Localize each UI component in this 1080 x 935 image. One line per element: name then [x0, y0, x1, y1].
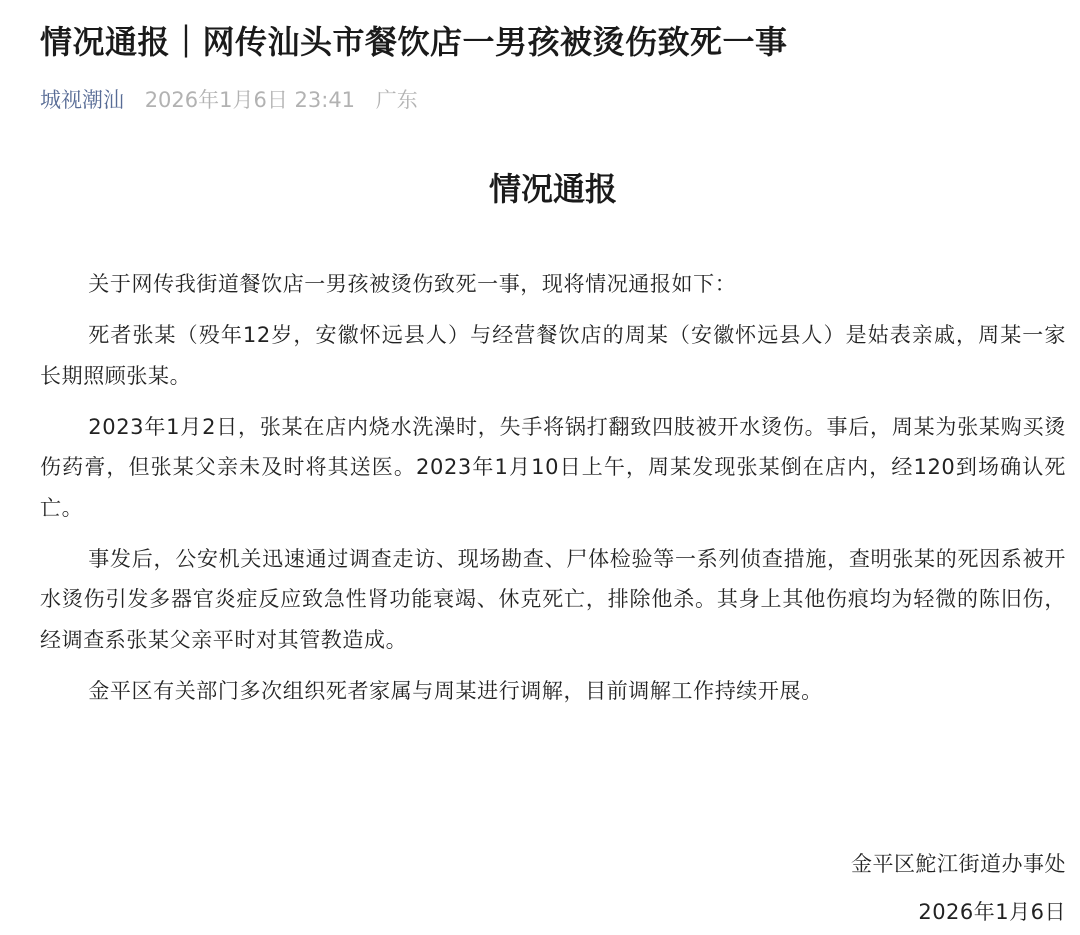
notice-body: 关于网传我街道餐饮店一男孩被烫伤致死一事，现将情况通报如下： 死者张某（殁年12…: [40, 264, 1066, 722]
signature-block: 金平区鮀江街道办事处 2026年1月6日: [851, 840, 1066, 935]
paragraph-intro: 关于网传我街道餐饮店一男孩被烫伤致死一事，现将情况通报如下：: [40, 264, 1066, 305]
paragraph-mediation: 金平区有关部门多次组织死者家属与周某进行调解，目前调解工作持续开展。: [40, 671, 1066, 712]
publish-time: 2026年1月6日 23:41: [145, 88, 355, 112]
paragraph-investigation: 事发后，公安机关迅速通过调查走访、现场勘查、尸体检验等一系列侦查措施，查明张某的…: [40, 539, 1066, 661]
article-meta: 城视潮汕 2026年1月6日 23:41 广东: [40, 84, 418, 116]
notice-heading: 情况通报: [0, 163, 1080, 215]
paragraph-relationship: 死者张某（殁年12岁，安徽怀远县人）与经营餐饮店的周某（安徽怀远县人）是姑表亲戚…: [40, 315, 1066, 396]
source-account-link[interactable]: 城视潮汕: [40, 88, 124, 112]
issuer-name: 金平区鮀江街道办事处: [851, 840, 1066, 888]
paragraph-incident: 2023年1月2日，张某在店内烧水洗澡时，失手将锅打翻致四肢被开水烫伤。事后，周…: [40, 407, 1066, 529]
publish-region: 广东: [376, 88, 418, 112]
issue-date: 2026年1月6日: [851, 888, 1066, 935]
article-title: 情况通报｜网传汕头市餐饮店一男孩被烫伤致死一事: [40, 18, 788, 66]
